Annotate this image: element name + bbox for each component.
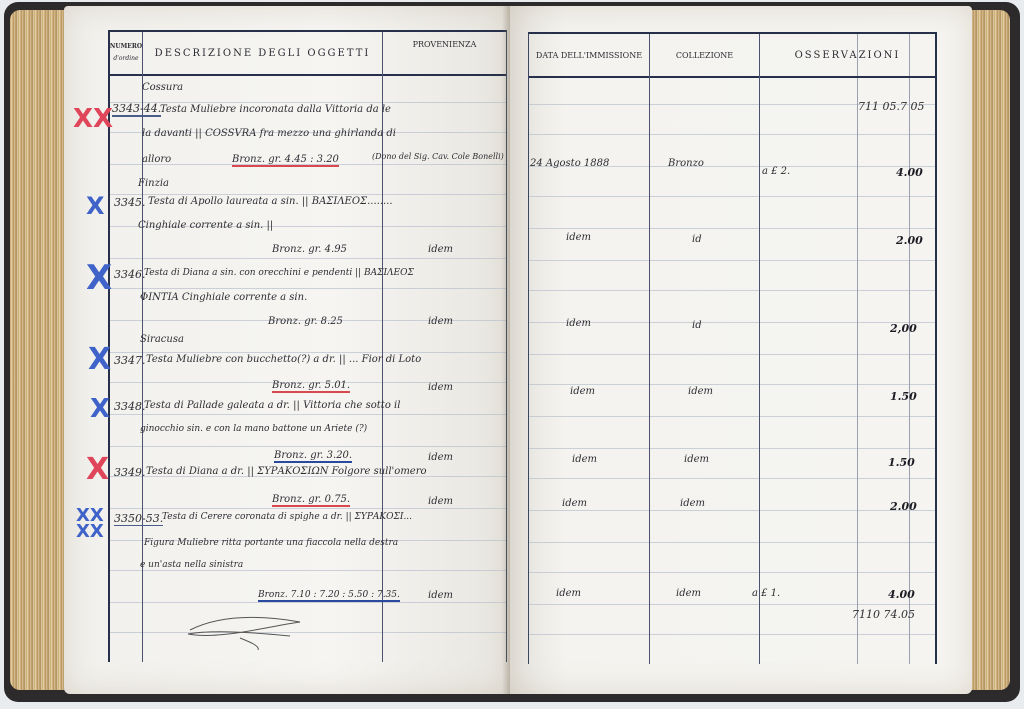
header-osservazioni: OSSERVAZIONI <box>760 34 935 78</box>
entry-description-line: Testa Muliebre incoronata dalla Vittoria… <box>160 104 391 115</box>
cell-data-immissione: idem <box>566 232 591 243</box>
header-data-immissione: DATA DELL'IMMISSIONE <box>529 34 649 78</box>
entry-description-line: alloro <box>142 154 171 165</box>
book-page-edges-left <box>10 10 66 690</box>
entry-provenance: idem <box>428 244 453 255</box>
entry-number: 3350-53. <box>114 512 163 526</box>
margin-check-mark: X <box>86 192 105 220</box>
cell-amount: 2.00 <box>896 234 923 247</box>
cell-data-immissione: idem <box>570 386 595 397</box>
cell-amount: 4.00 <box>888 588 915 601</box>
entry-provenance: (Dono del Sig. Cav. Cole Bonelli) <box>372 152 504 161</box>
entry-number: 3345. <box>114 196 146 209</box>
cell-collezione: id <box>692 320 702 331</box>
entry-description-line: Figura Muliebre ritta portante una fiacc… <box>144 538 398 548</box>
margin-check-mark: X <box>88 342 111 377</box>
margin-check-mark: X <box>86 452 109 487</box>
cell-osservazioni: a £ 1. <box>752 588 780 599</box>
entry-number: 3348. <box>114 400 146 413</box>
ledger-note: 7110 74.05 <box>852 608 915 621</box>
entry-description-line: Testa di Diana a sin. con orecchini e pe… <box>144 268 414 278</box>
entry-weight: Bronz. 7.10 : 7.20 : 5.50 : 7.35. <box>258 590 400 602</box>
margin-check-mark: XX XX <box>76 508 110 540</box>
right-page-table: DATA DELL'IMMISSIONE COLLEZIONE OSSERVAZ… <box>528 32 937 664</box>
cell-collezione: idem <box>676 588 701 599</box>
cell-data-immissione: 24 Agosto 1888 <box>530 158 609 169</box>
ledger-note: 711 05.7 05 <box>858 100 924 113</box>
section-heading: Cossura <box>142 82 183 93</box>
entry-weight: Bronz. gr. 8.25 <box>268 316 343 327</box>
cell-amount: 1.50 <box>888 456 915 469</box>
margin-check-mark: X <box>90 394 110 424</box>
header-descrizione: DESCRIZIONE DEGLI OGGETTI <box>143 32 382 76</box>
entry-number: 3346. <box>114 268 146 281</box>
entry-weight: Bronz. gr. 4.45 : 3.20 <box>232 154 339 167</box>
entry-description-line: ΦΙΝΤΙΑ Cinghiale corrente a sin. <box>140 292 307 303</box>
entry-weight: Bronz. gr. 0.75. <box>272 494 350 507</box>
entry-description-line: Testa di Diana a dr. || ΣΥΡΑΚΟΣΙΩΝ Folgo… <box>146 466 427 477</box>
entry-provenance: idem <box>428 382 453 393</box>
cell-collezione: Bronzo <box>668 158 704 169</box>
entry-description-line: e un'asta nella sinistra <box>140 560 243 570</box>
cell-data-immissione: idem <box>572 454 597 465</box>
cell-collezione: id <box>692 234 702 245</box>
entry-description-line: Testa di Cerere coronata di spighe a dr.… <box>162 512 412 522</box>
cell-data-immissione: idem <box>556 588 581 599</box>
header-collezione: COLLEZIONE <box>650 34 759 78</box>
header-provenienza: PROVENIENZA <box>383 32 506 76</box>
entry-number: 3347. <box>114 354 146 367</box>
section-heading: Finzia <box>138 178 169 189</box>
entry-description-line: Testa di Apollo laureata a sin. || ΒΑΣΙΛ… <box>148 196 393 207</box>
entry-number: 3349. <box>114 466 146 479</box>
entry-description-line: Cinghiale corrente a sin. || <box>138 220 273 231</box>
entry-description-line: la davanti || COSSVRA fra mezzo una ghir… <box>142 128 396 139</box>
cell-amount: 2.00 <box>890 500 917 513</box>
cell-amount: 2,00 <box>890 322 917 335</box>
entry-weight: Bronz. gr. 3.20. <box>274 450 352 463</box>
entry-weight: Bronz. gr. 4.95 <box>272 244 347 255</box>
header-numero-ordine: NUMERO d'ordine <box>110 32 142 76</box>
entry-weight: Bronz. gr. 5.01. <box>272 380 350 393</box>
cell-data-immissione: idem <box>562 498 587 509</box>
entry-description-line: ginocchio sin. e con la mano battone un … <box>140 424 367 434</box>
entry-provenance: idem <box>428 452 453 463</box>
closing-flourish-icon <box>180 610 320 650</box>
entry-provenance: idem <box>428 316 453 327</box>
cell-data-immissione: idem <box>566 318 591 329</box>
margin-check-mark: X <box>86 258 112 298</box>
margin-check-mark: XX <box>73 104 113 134</box>
entry-description-line: Testa di Pallade galeata a dr. || Vittor… <box>144 400 400 411</box>
entry-description-line: Testa Muliebre con bucchetto(?) a dr. ||… <box>146 354 421 365</box>
cell-collezione: idem <box>688 386 713 397</box>
book-page-edges-right <box>970 10 1010 690</box>
section-heading: Siracusa <box>140 334 184 345</box>
entry-provenance: idem <box>428 590 453 601</box>
cell-collezione: idem <box>684 454 709 465</box>
cell-amount: 4.00 <box>896 166 923 179</box>
cell-collezione: idem <box>680 498 705 509</box>
cell-amount: 1.50 <box>890 390 917 403</box>
entry-provenance: idem <box>428 496 453 507</box>
cell-osservazioni: a £ 2. <box>762 166 790 177</box>
entry-number: 3343-44. <box>112 102 161 117</box>
